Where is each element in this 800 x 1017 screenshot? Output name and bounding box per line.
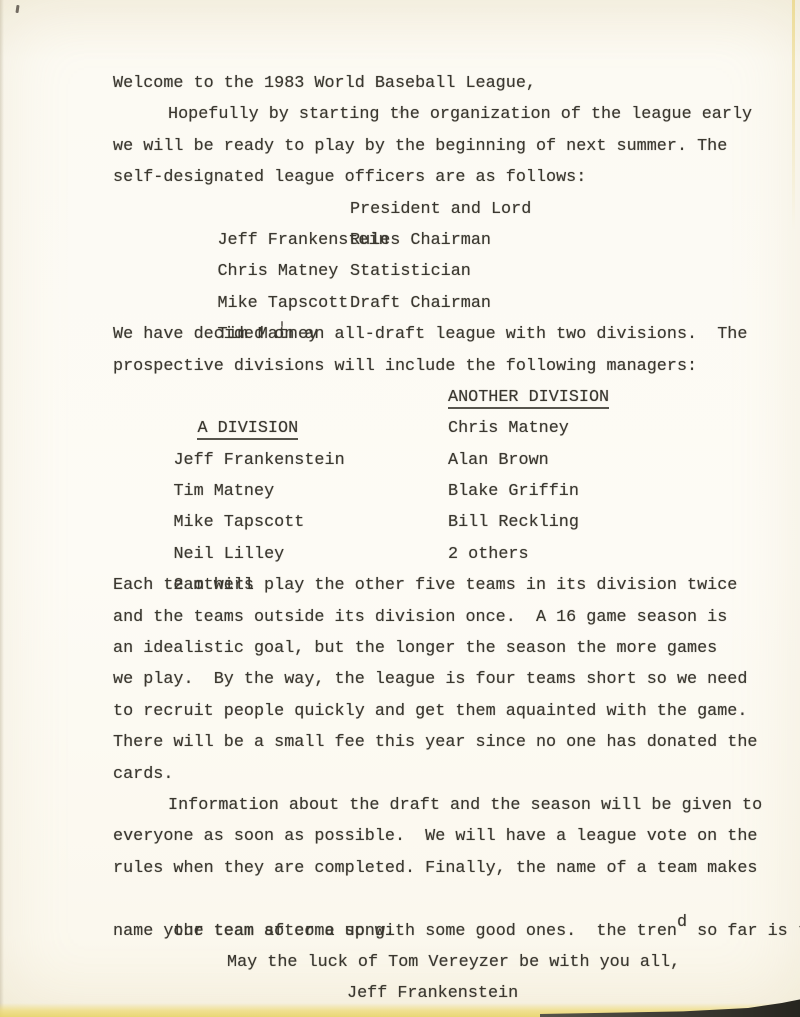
closing-line: May the luck of Tom Vereyzer be with you… (113, 947, 773, 978)
opening-line: Welcome to the 1983 World Baseball Leagu… (113, 68, 773, 99)
paragraph-line: we play. By the way, the league is four … (113, 664, 773, 695)
officer-title: President and Lord (350, 194, 531, 225)
letter-body: Welcome to the 1983 World Baseball Leagu… (113, 68, 773, 1010)
manager-name-right: Blake Griffin (448, 476, 579, 507)
division-header-right: ANOTHER DIVISION (448, 388, 609, 409)
paragraph-line: There will be a small fee this year sinc… (113, 727, 773, 758)
officer-row: Tim Matney Draft Chairman (113, 288, 773, 319)
manager-name-right: Bill Reckling (448, 507, 579, 538)
paper-left-edge (0, 0, 4, 1017)
paragraph-line: Information about the draft and the seas… (113, 790, 773, 821)
officer-name: Tim Matney (217, 325, 318, 344)
division-header-right-wrap: ANOTHER DIVISION (448, 382, 609, 413)
division-row: Tim Matney Alan Brown (113, 445, 773, 476)
trend-line-post: so far is to (687, 922, 800, 941)
manager-name-right: Chris Matney (448, 413, 569, 444)
scanned-letter-page: Welcome to the 1983 World Baseball Leagu… (0, 0, 800, 1017)
officer-title: Draft Chairman (350, 288, 491, 319)
ink-speck (15, 5, 19, 13)
manager-name-left: 2 others (173, 576, 254, 595)
officer-row: Jeff Frankenstein President and Lord (113, 194, 773, 225)
typed-correction-d: d (677, 913, 687, 932)
paper-right-streak (792, 0, 795, 230)
division-header-row: A DIVISION ANOTHER DIVISION (113, 382, 773, 413)
officer-title: Statistician (350, 256, 471, 287)
manager-name-right: Alan Brown (448, 445, 549, 476)
division-row: Mike Tapscott Blake Griffin (113, 476, 773, 507)
paragraph-line: cards. (113, 759, 773, 790)
division-row: 2 others 2 others (113, 539, 773, 570)
paragraph-line: Hopefully by starting the organization o… (113, 99, 773, 130)
paragraph-line: rules when they are completed. Finally, … (113, 853, 773, 884)
paragraph-line-with-correction: the team so come up with some good ones.… (113, 884, 773, 915)
paragraph-line: and the teams outside its division once.… (113, 602, 773, 633)
officer-title: Rules Chairman (350, 225, 491, 256)
division-row: Neil Lilley Bill Reckling (113, 507, 773, 538)
paragraph-line: self-designated league officers are as f… (113, 162, 773, 193)
paragraph-line: an idealistic goal, but the longer the s… (113, 633, 773, 664)
paragraph-line: everyone as soon as possible. We will ha… (113, 821, 773, 852)
paragraph-line: to recruit people quickly and get them a… (113, 696, 773, 727)
division-row: Jeff Frankenstein Chris Matney (113, 413, 773, 444)
manager-name-right: 2 others (448, 539, 529, 570)
officer-row: Mike Tapscott Statistician (113, 256, 773, 287)
paragraph-line: we will be ready to play by the beginnin… (113, 131, 773, 162)
officer-row: Chris Matney Rules Chairman (113, 225, 773, 256)
